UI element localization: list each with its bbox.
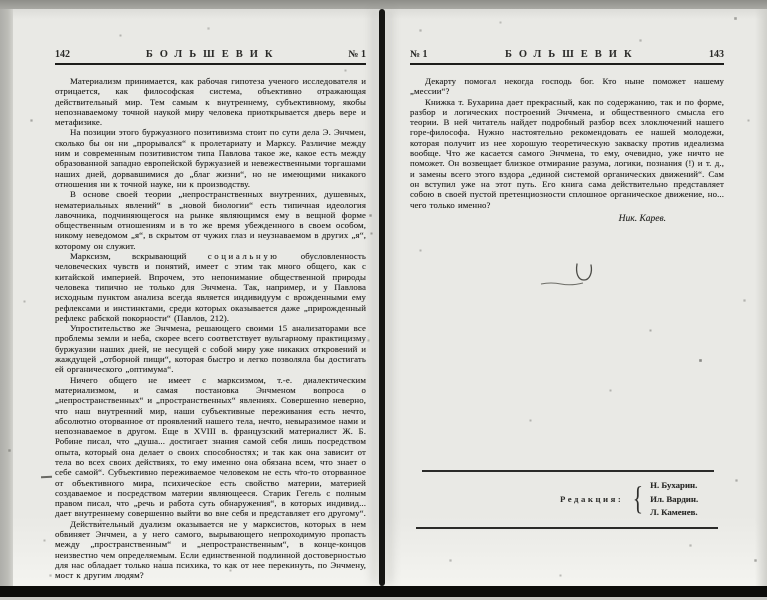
paragraph-text: обусловленность человеческих чувств и по… (55, 251, 366, 323)
editor-name: Ил. Вардин. (650, 493, 698, 507)
paragraph: Марксизм, вскрывающий социальную обуслов… (55, 251, 366, 323)
left-page: 142 БОЛЬШЕВИК № 1 Материализм принимаетс… (55, 48, 366, 581)
page-edge-left (0, 9, 13, 586)
paragraph: Материализм принимается, как рабочая гип… (55, 76, 366, 127)
paragraph: На позиции этого буржуазного позитивизма… (55, 127, 366, 189)
paragraph: Декарту помогал некогда господь бог. Кто… (410, 76, 724, 97)
paragraph: Ничего общего не имеет с марксизмом, т.-… (55, 375, 366, 519)
journal-title: БОЛЬШЕВИК (505, 48, 639, 61)
page-edge-right (755, 9, 767, 586)
editor-name: Н. Бухарин. (650, 479, 698, 493)
divider-rule (416, 527, 718, 529)
editorial-label: Редакция: (560, 494, 623, 504)
book-gutter (379, 9, 385, 586)
header-rule (55, 63, 366, 65)
issue-number: № 1 (348, 48, 366, 61)
page-number-left: 142 (55, 48, 70, 61)
scan-noise (0, 0, 1, 1)
left-page-text: Материализм принимается, как рабочая гип… (55, 76, 366, 581)
scanned-book-spread: 142 БОЛЬШЕВИК № 1 Материализм принимаетс… (0, 0, 767, 600)
header-rule (410, 63, 724, 65)
paragraph-text: Марксизм, вскрывающий (70, 251, 208, 261)
paragraph: В основе своей теории „непространственны… (55, 189, 366, 251)
left-page-header: 142 БОЛЬШЕВИК № 1 (55, 48, 366, 61)
pencil-scribble-icon (538, 260, 598, 290)
page-number-right: 143 (709, 48, 724, 61)
right-page-text: Декарту помогал некогда господь бог. Кто… (410, 76, 724, 210)
editorial-block: Редакция: { Н. Бухарин. Ил. Вардин. Л. К… (410, 470, 724, 530)
journal-title: БОЛЬШЕВИК (146, 48, 280, 61)
scanner-edge-bottom-band (0, 586, 767, 597)
curly-brace: { (633, 479, 643, 519)
paragraph: Книжка т. Бухарина дает прекрасный, как … (410, 97, 724, 210)
divider-rule (422, 470, 714, 472)
right-page-header: № 1 БОЛЬШЕВИК 143 (410, 48, 724, 61)
editorial-row: Редакция: { Н. Бухарин. Ил. Вардин. Л. К… (560, 479, 698, 520)
editor-name: Л. Каменев. (650, 506, 698, 520)
right-page: № 1 БОЛЬШЕВИК 143 Декарту помогал некогд… (410, 48, 724, 548)
editor-names: Н. Бухарин. Ил. Вардин. Л. Каменев. (650, 479, 698, 520)
paragraph: Действительный дуализм оказывается не у … (55, 519, 366, 581)
emphasized-word: социальную (208, 251, 280, 261)
paragraph: Упростительство же Энчмена, решающего св… (55, 323, 366, 374)
scanner-edge-top (0, 0, 767, 9)
issue-number: № 1 (410, 48, 428, 61)
author-signature: Ник. Карев. (410, 214, 724, 224)
